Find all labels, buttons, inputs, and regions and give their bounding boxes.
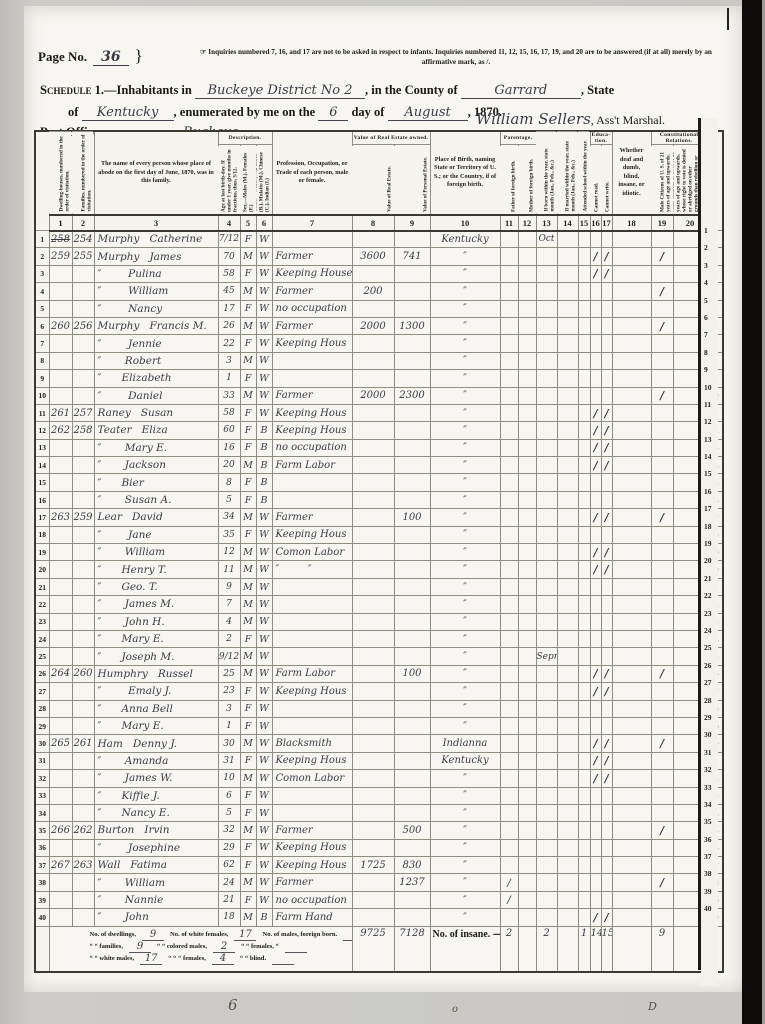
cell-col-14 <box>557 891 578 908</box>
cell-col-7 <box>272 630 352 647</box>
cell-col-5: F <box>240 752 256 769</box>
line-number-left: 29 <box>35 717 49 734</box>
cell-col-12 <box>518 404 536 421</box>
cell-col-15 <box>578 317 590 334</box>
cell-col-4: 31 <box>218 752 240 769</box>
cell-col-10: ″ <box>430 857 500 874</box>
col-header-color: Color.—White (W.), Black (B.), Mulatto (… <box>256 145 272 215</box>
cell-col-14 <box>557 683 578 700</box>
cell-col-7: Farmer <box>272 317 352 334</box>
cell-col-12 <box>518 752 536 769</box>
cell-col-10: ″ <box>430 474 500 491</box>
totals-row: No. of dwellings, 9 No. of white females… <box>35 926 723 972</box>
cell-col-6: W <box>256 596 272 613</box>
cell-col-9 <box>394 404 430 421</box>
cell-col-14 <box>557 265 578 282</box>
cell-col-7 <box>272 231 352 248</box>
cell-col-4: 58 <box>218 265 240 282</box>
cell-col-5: F <box>240 439 256 456</box>
cell-col-4: 23 <box>218 683 240 700</box>
cell-col-10: Kentucky <box>430 752 500 769</box>
line-number-left: 3 <box>35 265 49 282</box>
cell-col-9 <box>394 561 430 578</box>
cell-col-19 <box>651 231 673 248</box>
cell-col-12 <box>518 822 536 839</box>
cell-col-9 <box>394 283 430 300</box>
state-field: Kentucky <box>82 105 174 121</box>
cell-col-10: ″ <box>430 544 500 561</box>
cell-col-17 <box>601 317 612 334</box>
cell-col-1 <box>49 891 72 908</box>
cell-col-1 <box>49 909 72 926</box>
cell-col-14 <box>557 909 578 926</box>
cell-col-4: 2 <box>218 630 240 647</box>
cell-col-3: ″ William <box>94 544 218 561</box>
cell-col-6: B <box>256 909 272 926</box>
col-num-19: 19 <box>651 215 673 231</box>
cell-col-13 <box>536 700 557 717</box>
cell-col-11 <box>500 770 518 787</box>
cell-col-6: W <box>256 787 272 804</box>
cell-col-3: ″ Anna Bell <box>94 700 218 717</box>
cell-col-9 <box>394 544 430 561</box>
cell-col-14 <box>557 457 578 474</box>
cell-col-8 <box>352 404 394 421</box>
cell-col-17 <box>601 283 612 300</box>
table-row: 31″ Amanda31FWKeeping HousKentucky//31 <box>35 752 723 769</box>
cell-col-6: W <box>256 683 272 700</box>
cell-col-2: 260 <box>72 665 94 682</box>
cell-col-8 <box>352 683 394 700</box>
cell-col-1 <box>49 630 72 647</box>
cell-col-11 <box>500 509 518 526</box>
col-num-7: 7 <box>272 215 352 231</box>
col-num-5: 5 <box>240 215 256 231</box>
insane-cell: No. of insane. — <box>430 926 500 972</box>
schedule-line-1: Schedule 1.—Inhabitants in Buckeye Distr… <box>40 83 740 99</box>
cell-col-7: Keeping Hous <box>272 335 352 352</box>
cell-col-7: Keeping Hous <box>272 752 352 769</box>
cell-col-18 <box>612 509 651 526</box>
cell-col-10: ″ <box>430 648 500 665</box>
cell-col-5: M <box>240 544 256 561</box>
cell-col-14 <box>557 404 578 421</box>
cell-col-16 <box>590 717 601 734</box>
cell-col-6: W <box>256 526 272 543</box>
group-header-parentage: Parentage. <box>500 131 536 145</box>
cell-col-3: ″ Emaly J. <box>94 683 218 700</box>
cell-col-2 <box>72 787 94 804</box>
males-foreign-label: No. of males, foreign born. <box>262 929 337 941</box>
table-row: 17263259Lear David34MWFarmer100″///17 <box>35 509 723 526</box>
cell-col-5: M <box>240 596 256 613</box>
cell-col-7: Keeping Hous <box>272 422 352 439</box>
summary-line-3: “ “ white males, 17 “ “ “ females, 4 “ “… <box>90 953 352 965</box>
cell-col-8 <box>352 352 394 369</box>
cell-col-12 <box>518 509 536 526</box>
cell-col-1 <box>49 787 72 804</box>
cell-col-17 <box>601 231 612 248</box>
cell-col-15 <box>578 700 590 717</box>
cell-col-19 <box>651 370 673 387</box>
cell-col-13 <box>536 665 557 682</box>
cell-col-16 <box>590 387 601 404</box>
cell-col-10: ″ <box>430 665 500 682</box>
cell-col-2 <box>72 544 94 561</box>
cell-col-19: / <box>651 283 673 300</box>
cell-col-16 <box>590 874 601 891</box>
cell-col-6: W <box>256 265 272 282</box>
cell-col-3: ″ Daniel <box>94 387 218 404</box>
cell-col-15 <box>578 578 590 595</box>
cell-col-4: 7 <box>218 596 240 613</box>
cell-col-10: Indianna <box>430 735 500 752</box>
females-foreign-label: “ “ females, “ <box>241 941 279 953</box>
cell-col-13 <box>536 387 557 404</box>
cell-col-1 <box>49 683 72 700</box>
cell-col-3: Teater Eliza <box>94 422 218 439</box>
table-row: 16″ Susan A.5FB″16 <box>35 491 723 508</box>
cell-col-15 <box>578 526 590 543</box>
column-number-row: 1 2 3 4 5 6 7 8 9 10 11 12 13 14 15 16 1 <box>35 215 723 231</box>
cell-col-12 <box>518 491 536 508</box>
line-number-left: 16 <box>35 491 49 508</box>
cell-col-4: 16 <box>218 439 240 456</box>
cell-col-10: ″ <box>430 300 500 317</box>
cell-col-12 <box>518 735 536 752</box>
cell-col-19: / <box>651 665 673 682</box>
cell-col-13 <box>536 804 557 821</box>
cell-col-5: F <box>240 491 256 508</box>
cell-col-13 <box>536 509 557 526</box>
cell-col-4: 3 <box>218 700 240 717</box>
state-label: , State <box>581 83 614 97</box>
cell-col-1 <box>49 770 72 787</box>
cell-col-13 <box>536 335 557 352</box>
cell-col-11 <box>500 265 518 282</box>
cell-col-15 <box>578 665 590 682</box>
cell-col-14 <box>557 857 578 874</box>
cell-col-13 <box>536 370 557 387</box>
cell-col-4: 18 <box>218 909 240 926</box>
cell-col-8 <box>352 578 394 595</box>
col-num-16: 16 <box>590 215 601 231</box>
col-num-1: 1 <box>49 215 72 231</box>
cell-col-10: ″ <box>430 526 500 543</box>
table-row: 39″ Nannie21FWno occupation″/39 <box>35 891 723 908</box>
cell-col-5: M <box>240 352 256 369</box>
cell-col-19 <box>651 613 673 630</box>
cell-col-6: W <box>256 752 272 769</box>
cell-col-18 <box>612 248 651 265</box>
cell-col-10: ″ <box>430 387 500 404</box>
table-row: 18″ Jane35FWKeeping Hous″18 <box>35 526 723 543</box>
cell-col-10: ″ <box>430 509 500 526</box>
total-cannot-read: 14 <box>590 926 601 972</box>
cell-col-15 <box>578 352 590 369</box>
cell-col-15 <box>578 300 590 317</box>
cell-col-8 <box>352 804 394 821</box>
cell-col-3: ″ Mary E. <box>94 717 218 734</box>
table-row: 29″ Mary E.1FW″29 <box>35 717 723 734</box>
cell-col-13 <box>536 352 557 369</box>
cell-col-11 <box>500 700 518 717</box>
cell-col-3: ″ Josephine <box>94 839 218 856</box>
cell-col-19: / <box>651 822 673 839</box>
cell-col-10: ″ <box>430 891 500 908</box>
cell-col-17: / <box>601 404 612 421</box>
cell-col-6: W <box>256 335 272 352</box>
col-header-mother-foreign: Mother of foreign birth. <box>518 145 536 215</box>
cell-col-2 <box>72 909 94 926</box>
cell-col-18 <box>612 874 651 891</box>
cell-col-19 <box>651 561 673 578</box>
cell-col-7 <box>272 700 352 717</box>
cell-col-7: no occupation <box>272 891 352 908</box>
cell-col-4: 9/12 <box>218 648 240 665</box>
cell-col-19 <box>651 474 673 491</box>
cell-col-16 <box>590 822 601 839</box>
col-header-born-month: If born within the year, state month (Ja… <box>536 131 557 215</box>
cell-col-2: 259 <box>72 509 94 526</box>
table-row: 6260256Murphy Francis M.26MWFarmer200013… <box>35 317 723 334</box>
col-num-18: 18 <box>612 215 651 231</box>
cell-col-14 <box>557 752 578 769</box>
cell-col-17 <box>601 613 612 630</box>
cell-col-7 <box>272 370 352 387</box>
total-cannot-write: 15 <box>601 926 612 972</box>
cell-col-19 <box>651 630 673 647</box>
cell-col-4: 62 <box>218 857 240 874</box>
cell-col-7 <box>272 717 352 734</box>
cell-col-13 <box>536 457 557 474</box>
cell-col-16 <box>590 596 601 613</box>
cell-col-2: 257 <box>72 404 94 421</box>
cell-col-14 <box>557 700 578 717</box>
cell-col-1 <box>49 526 72 543</box>
blind-label: “ “ blind. <box>240 953 266 965</box>
table-row: 14″ Jackson20MBFarm Labor″//14 <box>35 457 723 474</box>
brace-glyph: } <box>135 46 143 65</box>
cell-col-17 <box>601 822 612 839</box>
cell-col-9 <box>394 474 430 491</box>
line-number-left: 33 <box>35 787 49 804</box>
cell-col-2: 261 <box>72 735 94 752</box>
cell-col-6: W <box>256 735 272 752</box>
cell-col-2 <box>72 752 94 769</box>
cell-col-11 <box>500 335 518 352</box>
cell-col-14 <box>557 317 578 334</box>
cell-col-17: / <box>601 457 612 474</box>
cell-col-1 <box>49 491 72 508</box>
cell-col-19 <box>651 457 673 474</box>
cell-col-14 <box>557 335 578 352</box>
cell-col-8 <box>352 648 394 665</box>
cell-col-11 <box>500 404 518 421</box>
cell-col-2 <box>72 387 94 404</box>
cell-col-15 <box>578 822 590 839</box>
cell-col-8 <box>352 491 394 508</box>
cell-col-4: 22 <box>218 335 240 352</box>
cell-col-5: M <box>240 387 256 404</box>
cell-col-16 <box>590 787 601 804</box>
cell-col-8 <box>352 717 394 734</box>
cell-col-3: Ham Denny J. <box>94 735 218 752</box>
cell-col-6: B <box>256 439 272 456</box>
cell-col-14 <box>557 770 578 787</box>
cell-col-5: F <box>240 404 256 421</box>
cell-col-1: 260 <box>49 317 72 334</box>
cell-col-11 <box>500 422 518 439</box>
cell-col-12 <box>518 561 536 578</box>
cell-col-10: ″ <box>430 317 500 334</box>
cell-col-2 <box>72 370 94 387</box>
cell-col-12 <box>518 804 536 821</box>
cell-col-4: 1 <box>218 370 240 387</box>
cell-col-19: / <box>651 387 673 404</box>
cell-col-9 <box>394 648 430 665</box>
cell-col-5: M <box>240 770 256 787</box>
cell-col-9 <box>394 439 430 456</box>
cell-col-15 <box>578 839 590 856</box>
cell-col-14 <box>557 248 578 265</box>
cell-col-12 <box>518 317 536 334</box>
cell-col-8 <box>352 370 394 387</box>
cell-col-12 <box>518 700 536 717</box>
cell-col-7: Farmer <box>272 248 352 265</box>
cell-col-14 <box>557 596 578 613</box>
cell-col-10: ″ <box>430 352 500 369</box>
cell-col-8 <box>352 822 394 839</box>
cell-col-13 <box>536 613 557 630</box>
cell-col-6: W <box>256 891 272 908</box>
cell-col-6: W <box>256 283 272 300</box>
cell-col-2 <box>72 700 94 717</box>
total-personal-estate: 7128 <box>394 926 430 972</box>
cell-col-18 <box>612 804 651 821</box>
cell-col-2 <box>72 283 94 300</box>
cell-col-3: Wall Fatima <box>94 857 218 874</box>
cell-col-8 <box>352 544 394 561</box>
cell-col-15 <box>578 857 590 874</box>
cell-col-10: ″ <box>430 700 500 717</box>
cell-col-15 <box>578 474 590 491</box>
cell-col-17 <box>601 804 612 821</box>
cell-col-12 <box>518 717 536 734</box>
blind-value <box>272 953 294 965</box>
cell-col-11 <box>500 665 518 682</box>
cell-col-10: ″ <box>430 404 500 421</box>
cell-col-18 <box>612 891 651 908</box>
cell-col-4: 10 <box>218 770 240 787</box>
cell-col-9 <box>394 630 430 647</box>
cell-col-19 <box>651 700 673 717</box>
line-number-left: 28 <box>35 700 49 717</box>
summary-line-2: “ “ families, 9 “ “ colored males, 2 “ “… <box>90 941 352 953</box>
col-num-14: 14 <box>557 215 578 231</box>
males-foreign-value <box>343 929 352 941</box>
cell-col-7: Blacksmith <box>272 735 352 752</box>
cell-col-12 <box>518 874 536 891</box>
cell-col-4: 3 <box>218 352 240 369</box>
cell-col-8 <box>352 300 394 317</box>
cell-col-7: Comon Labor <box>272 770 352 787</box>
cell-col-16: / <box>590 265 601 282</box>
cell-col-8 <box>352 630 394 647</box>
cell-col-15 <box>578 439 590 456</box>
cell-col-4: 60 <box>218 422 240 439</box>
cell-col-1 <box>49 283 72 300</box>
cell-col-10: ″ <box>430 804 500 821</box>
cell-col-17: / <box>601 544 612 561</box>
table-row: 2259255Murphy James70MWFarmer3600741″///… <box>35 248 723 265</box>
cell-col-16: / <box>590 439 601 456</box>
table-row: 33″ Kiffie J.6FW″33 <box>35 787 723 804</box>
line-number-left: 18 <box>35 526 49 543</box>
line-number-left: 38 <box>35 874 49 891</box>
cell-col-6: W <box>256 387 272 404</box>
cell-col-18 <box>612 387 651 404</box>
cell-col-11 <box>500 352 518 369</box>
cell-col-19: / <box>651 317 673 334</box>
cell-col-16 <box>590 804 601 821</box>
cell-col-11 <box>500 648 518 665</box>
cell-col-3: ″ Henry T. <box>94 561 218 578</box>
colored-males-value: 2 <box>213 941 235 953</box>
cell-col-6: W <box>256 717 272 734</box>
cell-col-12 <box>518 300 536 317</box>
cell-col-9 <box>394 683 430 700</box>
cell-col-11 <box>500 613 518 630</box>
cell-col-10: ″ <box>430 457 500 474</box>
cell-col-5: F <box>240 804 256 821</box>
cell-col-17 <box>601 700 612 717</box>
cell-col-10: ″ <box>430 491 500 508</box>
table-row: 26264260Humphry Russel25MWFarm Labor100″… <box>35 665 723 682</box>
line-number-left: 11 <box>35 404 49 421</box>
cell-col-18 <box>612 300 651 317</box>
cell-col-6: W <box>256 404 272 421</box>
cell-col-7: Keeping Hous <box>272 839 352 856</box>
line-number-left: 13 <box>35 439 49 456</box>
footer-summary-block: No. of dwellings, 9 No. of white females… <box>49 926 352 972</box>
cell-col-2 <box>72 526 94 543</box>
cell-col-13 <box>536 874 557 891</box>
margin-mark-6: 6 <box>228 996 238 1014</box>
line-number-left: 20 <box>35 561 49 578</box>
cell-col-3: ″ John H. <box>94 613 218 630</box>
cell-col-19 <box>651 422 673 439</box>
cell-col-16 <box>590 474 601 491</box>
cell-col-11 <box>500 457 518 474</box>
cell-col-8 <box>352 665 394 682</box>
cell-col-13 <box>536 317 557 334</box>
cell-col-5: F <box>240 265 256 282</box>
cell-col-17: / <box>601 735 612 752</box>
cell-col-18 <box>612 839 651 856</box>
cell-col-1 <box>49 700 72 717</box>
col-num-3: 3 <box>94 215 218 231</box>
cell-col-9 <box>394 491 430 508</box>
cell-col-15 <box>578 613 590 630</box>
cell-col-14 <box>557 352 578 369</box>
colored-males-label: “ “ colored males, <box>157 941 207 953</box>
cell-col-3: Murphy Catherine <box>94 231 218 248</box>
cell-col-12 <box>518 526 536 543</box>
line-number-left: 9 <box>35 370 49 387</box>
cell-col-3: ″ Elizabeth <box>94 370 218 387</box>
cell-col-19 <box>651 804 673 821</box>
